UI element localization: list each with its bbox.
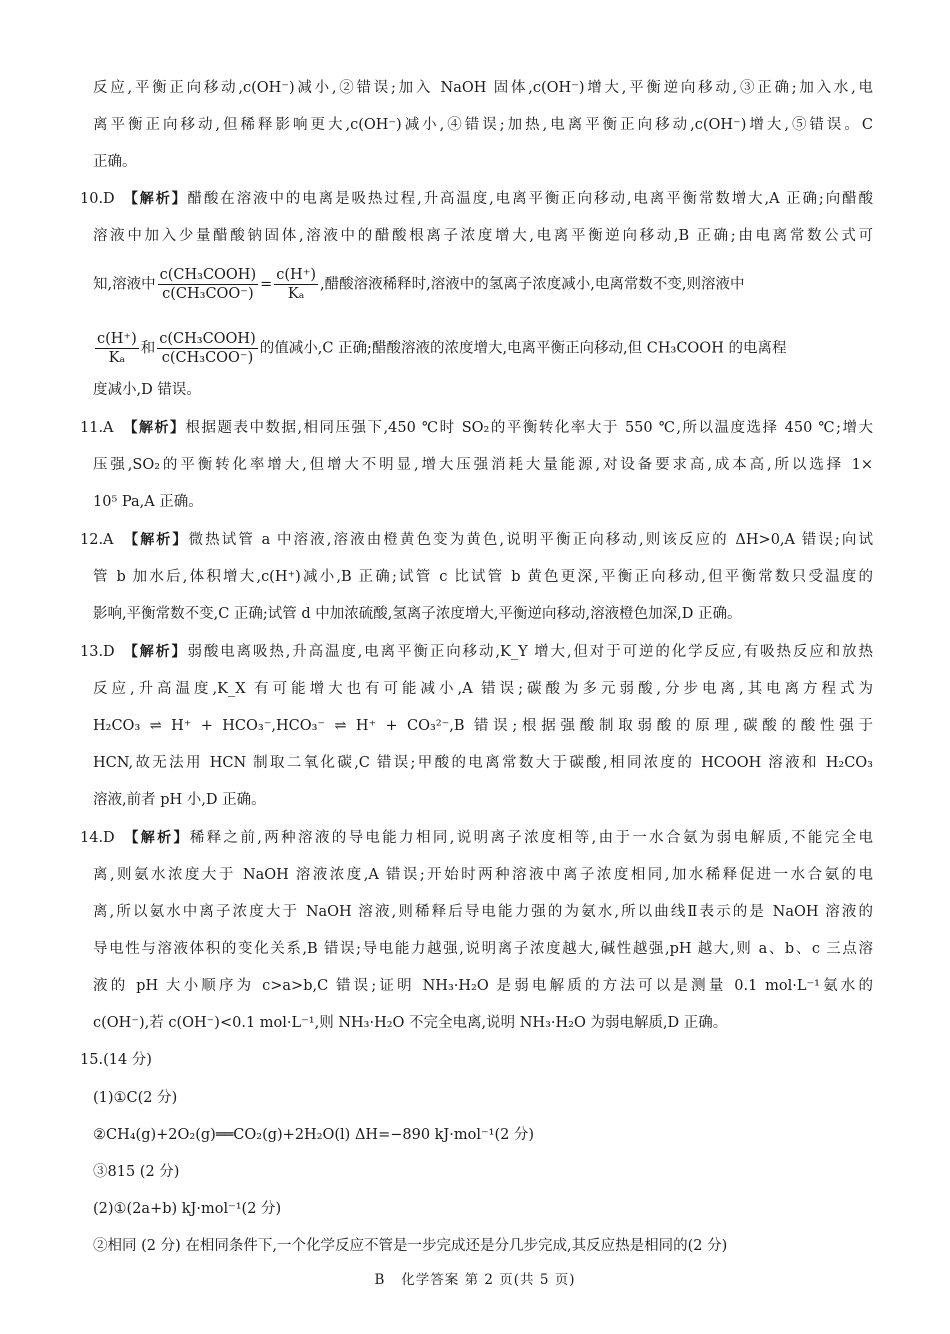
q15-part-1-2: ②CH₄(g)+2O₂(g)══CO₂(g)+2H₂O(l) ΔH=−890 k… (93, 1125, 534, 1145)
footer-title: 化学答案 (401, 1272, 459, 1288)
q15-header: 15.(14 分) (80, 1050, 152, 1070)
question-number: 15. (80, 1052, 103, 1068)
question-number: 13.D (80, 642, 122, 662)
q9-line-1: 反应,平衡正向移动,c(OH⁻)减小,②错误;加入 NaOH 固体,c(OH⁻)… (93, 78, 873, 98)
question-number: 12.A (80, 530, 122, 550)
fraction-denominator: Kₐ (274, 285, 318, 303)
q15-part-1-3: ③815 (2 分) (93, 1162, 179, 1182)
q11-text: 根据题表中数据,相同压强下,450 ℃时 SO₂的平衡转化率大于 550 ℃,所… (185, 420, 873, 436)
q11-line-1: 11.A【解析】根据题表中数据,相同压强下,450 ℃时 SO₂的平衡转化率大于… (80, 418, 873, 438)
fraction-h-over-ka: c(H⁺)Kₐ (95, 330, 139, 367)
fraction-h-over-ka: c(H⁺)Kₐ (274, 266, 318, 303)
q12-line-3: 影响,平衡常数不变,C 正确;试管 d 中加浓硫酸,氢离子浓度增大,平衡逆向移动… (93, 604, 873, 624)
q13-text: 弱酸电离吸热,升高温度,电离平衡正向移动,K_Y 增大,但对于可逆的化学反应,有… (187, 644, 873, 660)
q10-line-3: 知,溶液中c(CH₃COOH)c(CH₃COO⁻)=c(H⁺)Kₐ,醋酸溶液稀释… (93, 266, 873, 303)
analysis-tag: 【解析】 (122, 830, 190, 846)
q15-part-1-1: (1)①C(2 分) (93, 1088, 177, 1108)
q10-text: ,醋酸溶液稀释时,溶液中的氢离子浓度减小,电离常数不变,则溶液中 (320, 277, 744, 293)
q14-line-6: c(OH⁻),若 c(OH⁻)<0.1 mol·L⁻¹,则 NH₃·H₂O 不完… (93, 1013, 873, 1033)
analysis-tag: 【解析】 (122, 644, 187, 660)
fraction-acid-over-base: c(CH₃COOH)c(CH₃COO⁻) (157, 330, 258, 367)
question-number: 10.D (80, 189, 122, 209)
q12-line-1: 12.A【解析】微热试管 a 中溶液,溶液由橙黄色变为黄色,说明平衡正向移动,则… (80, 530, 873, 550)
fraction-denominator: Kₐ (95, 349, 139, 367)
q13-line-1: 13.D【解析】弱酸电离吸热,升高温度,电离平衡正向移动,K_Y 增大,但对于可… (80, 642, 873, 662)
page-number: 第 2 页(共 5 页) (465, 1272, 576, 1288)
q14-line-2: 离,则氨水浓度大于 NaOH 溶液浓度,A 错误;开始时两种溶液中离子浓度相同,… (93, 865, 873, 885)
question-number: 14.D (80, 828, 122, 848)
analysis-tag: 【解析】 (122, 420, 185, 436)
q10-text: 醋酸在溶液中的电离是吸热过程,升高温度,电离平衡正向移动,电离平衡常数增大,A … (188, 191, 874, 207)
q10-line-4: c(H⁺)Kₐ和c(CH₃COOH)c(CH₃COO⁻)的值减小,C 正确;醋酸… (93, 330, 873, 367)
version-label: B (375, 1272, 386, 1288)
document-page: 反应,平衡正向移动,c(OH⁻)减小,②错误;加入 NaOH 固体,c(OH⁻)… (0, 0, 950, 1334)
fraction-numerator: c(H⁺) (274, 266, 318, 285)
fraction-denominator: c(CH₃COO⁻) (158, 285, 259, 303)
q9-line-2: 离平衡正向移动,但稀释影响更大,c(OH⁻)减小,④错误;加热,电离平衡正向移动… (93, 115, 873, 135)
analysis-tag: 【解析】 (122, 191, 188, 207)
fraction-denominator: c(CH₃COO⁻) (157, 349, 258, 367)
q10-text: 知,溶液中 (93, 277, 156, 293)
fraction-numerator: c(CH₃COOH) (158, 266, 259, 285)
q14-line-1: 14.D【解析】稀释之前,两种溶液的导电能力相同,说明离子浓度相等,由于一水合氨… (80, 828, 873, 848)
analysis-tag: 【解析】 (122, 532, 189, 548)
q9-line-3: 正确。 (93, 152, 873, 172)
q12-line-2: 管 b 加水后,体积增大,c(H⁺)减小,B 正确;试管 c 比试管 b 黄色更… (93, 567, 873, 587)
fraction-numerator: c(H⁺) (95, 330, 139, 349)
question-score: (14 分) (103, 1052, 152, 1068)
fraction-numerator: c(CH₃COOH) (157, 330, 258, 349)
q10-line-5: 度减小,D 错误。 (93, 380, 873, 400)
q10-line-1: 10.D【解析】醋酸在溶液中的电离是吸热过程,升高温度,电离平衡正向移动,电离平… (80, 189, 873, 209)
q15-part-2-1: (2)①(2a+b) kJ·mol⁻¹(2 分) (93, 1199, 281, 1219)
fraction-acid-over-base: c(CH₃COOH)c(CH₃COO⁻) (158, 266, 259, 303)
q11-line-3: 10⁵ Pa,A 正确。 (93, 492, 873, 512)
q14-line-3: 离,所以氨水中离子浓度大于 NaOH 溶液,则稀释后导电能力强的为氨水,所以曲线… (93, 902, 873, 922)
q10-text: 的值减小,C 正确;醋酸溶液的浓度增大,电离平衡正向移动,但 CH₃COOH 的… (260, 341, 787, 357)
q14-line-5: 液的 pH 大小顺序为 c>a>b,C 错误;证明 NH₃·H₂O 是弱电解质的… (93, 976, 873, 996)
q11-line-2: 压强,SO₂的平衡转化率增大,但增大不明显,增大压强消耗大量能源,对设备要求高,… (93, 455, 873, 475)
q14-text: 稀释之前,两种溶液的导电能力相同,说明离子浓度相等,由于一水合氨为弱电解质,不能… (190, 830, 873, 846)
q13-line-5: 溶液,前者 pH 小,D 正确。 (93, 790, 873, 810)
q12-text: 微热试管 a 中溶液,溶液由橙黄色变为黄色,说明平衡正向移动,则该反应的 ΔH>… (189, 532, 874, 548)
page-footer: B 化学答案 第 2 页(共 5 页) (0, 1268, 950, 1288)
question-number: 11.A (80, 418, 122, 438)
q13-line-4: HCN,故无法用 HCN 制取二氧化碳,C 错误;甲酸的电离常数大于碳酸,相同浓… (93, 753, 873, 773)
q10-text: 和 (141, 341, 156, 357)
q14-line-4: 导电性与溶液体积的变化关系,B 错误;导电能力越强,说明离子浓度越大,碱性越强,… (93, 939, 873, 959)
q10-line-2: 溶液中加入少量醋酸钠固体,溶液中的醋酸根离子浓度增大,电离平衡逆向移动,B 正确… (93, 226, 873, 246)
q15-part-2-2: ②相同 (2 分) 在相同条件下,一个化学反应不管是一步完成还是分几步完成,其反… (93, 1236, 727, 1256)
q13-line-2: 反应,升高温度,K_X 有可能增大也有可能减小,A 错误;碳酸为多元弱酸,分步电… (93, 679, 873, 699)
q13-line-3: H₂CO₃ ⇌ H⁺ + HCO₃⁻,HCO₃⁻ ⇌ H⁺ + CO₃²⁻,B … (93, 716, 873, 736)
